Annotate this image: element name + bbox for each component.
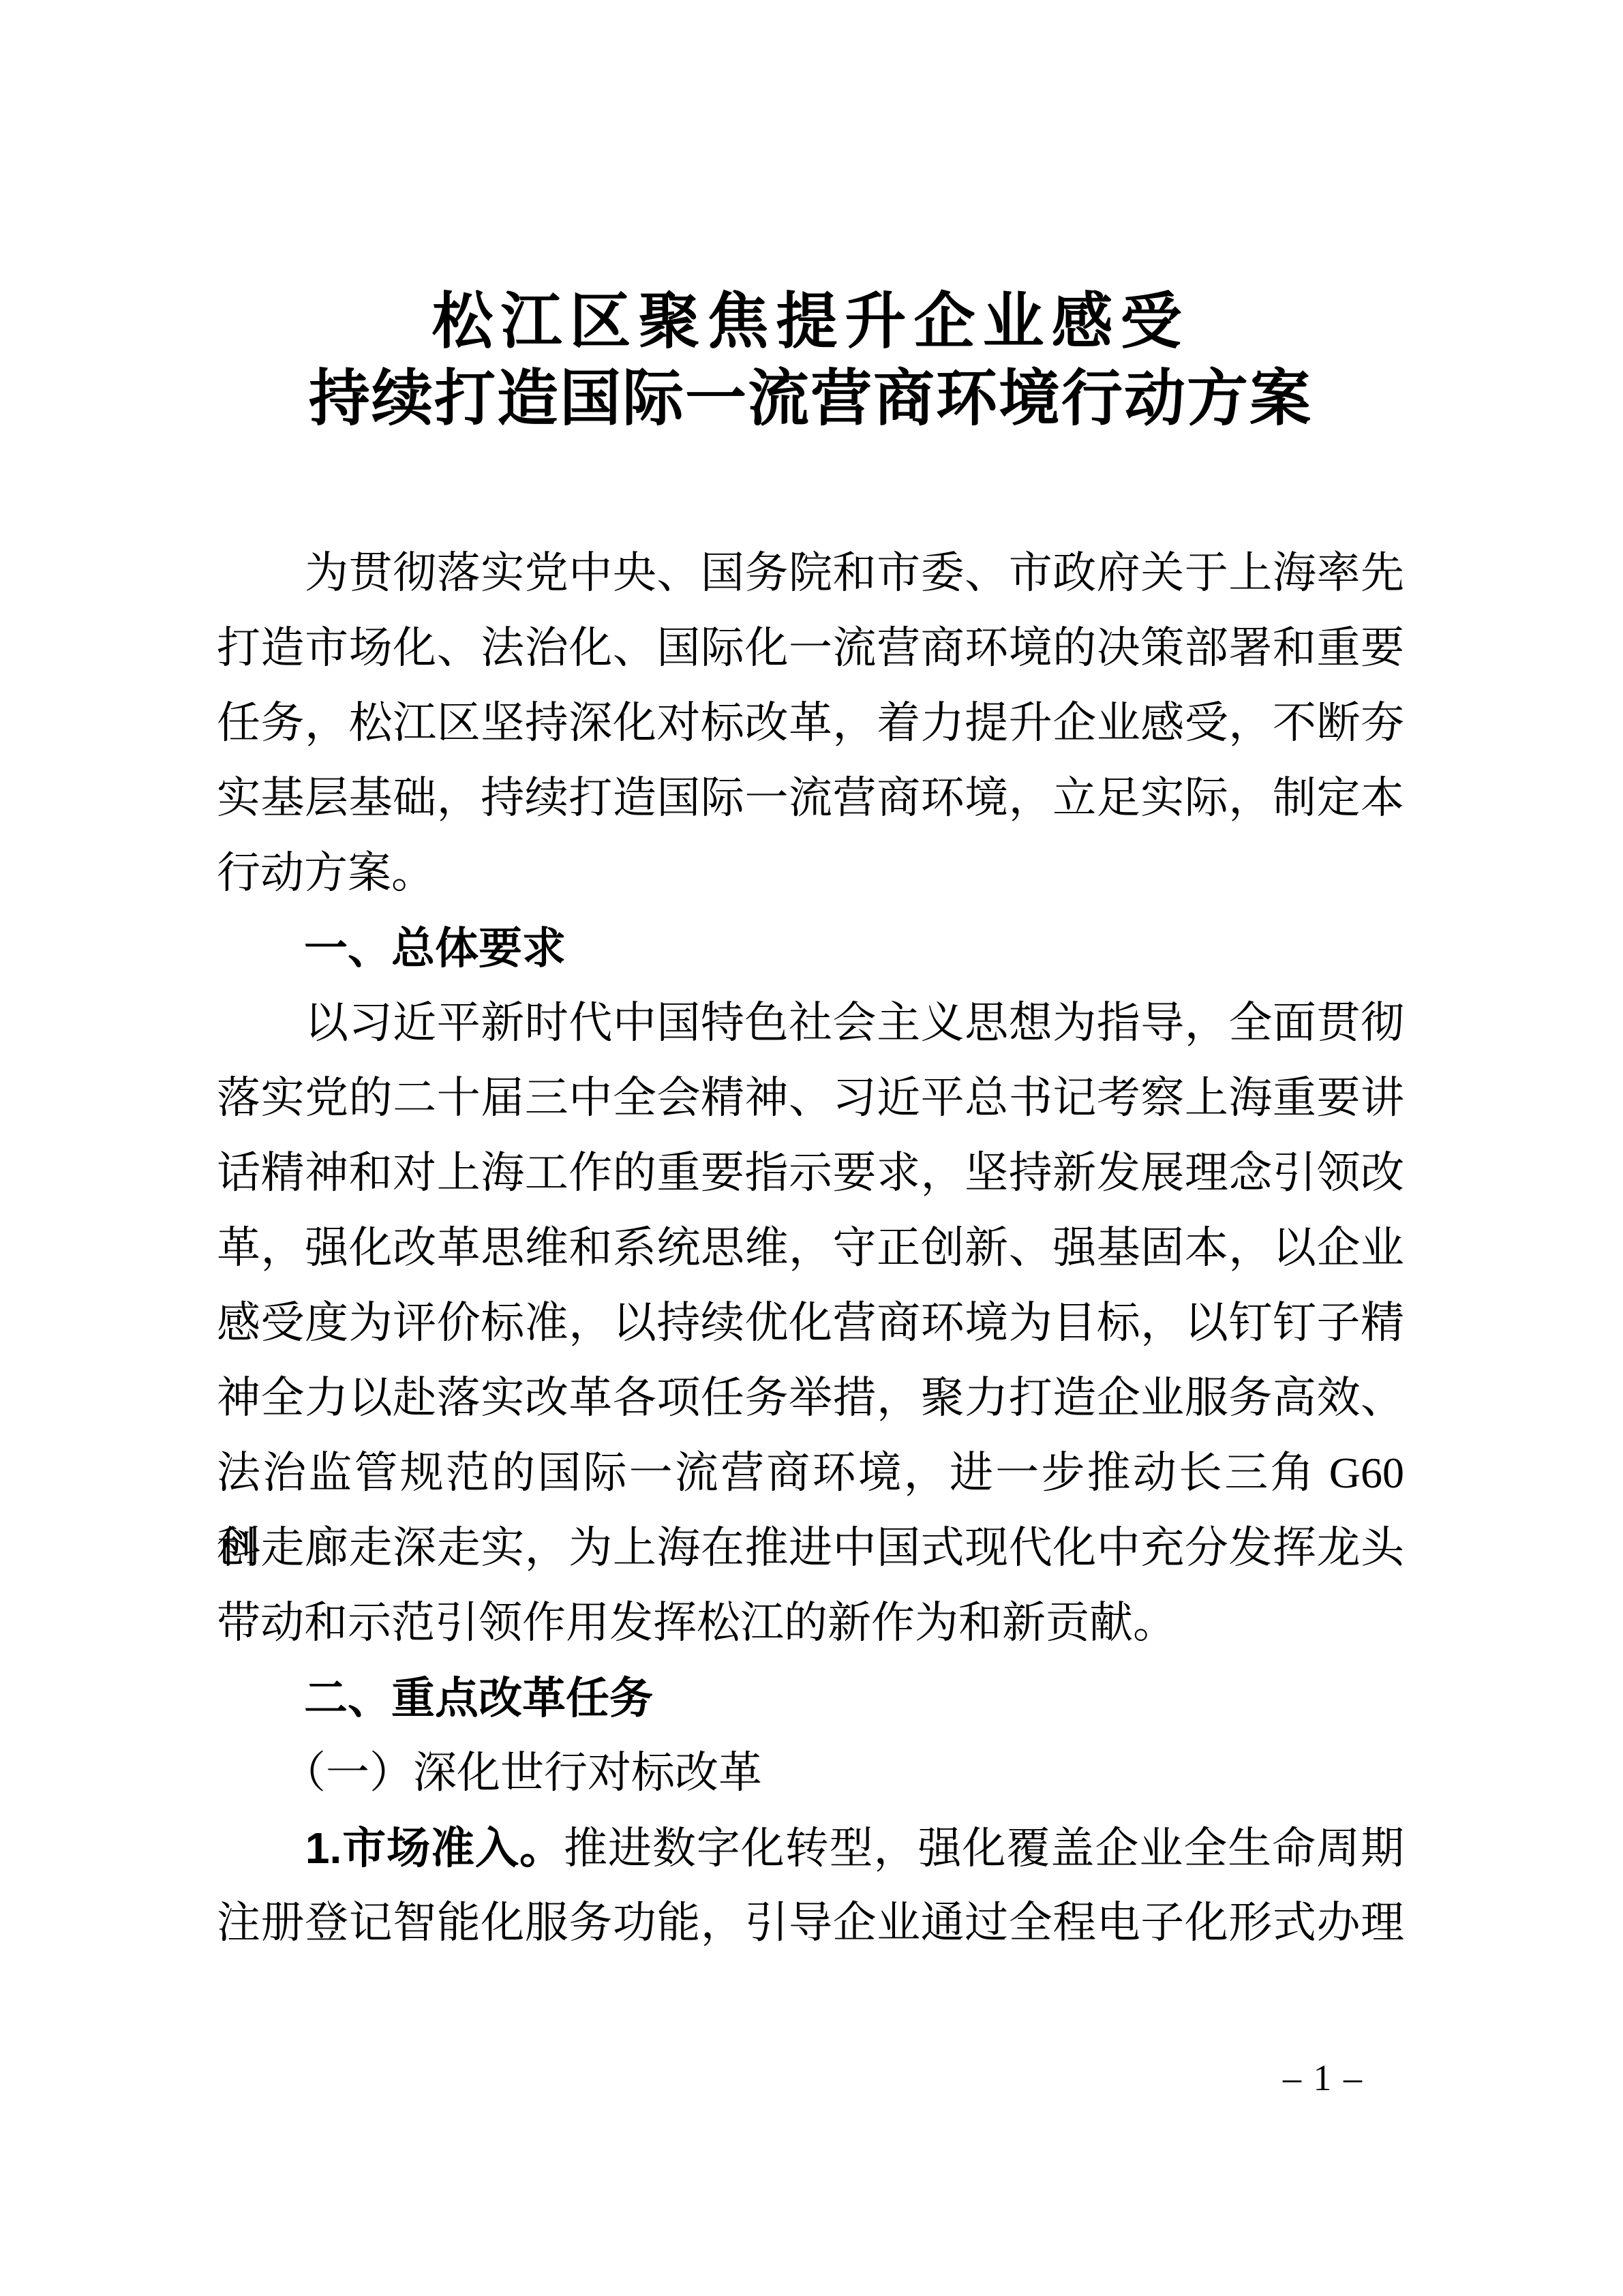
text-block-body: 为贯彻落实党中央、国务院和市委、市政府关于上海率先打造市场化、法治化、国际化一流…: [217, 536, 1404, 911]
text-line: 法治监管规范的国际一流营商环境，进一步推动长三角 G60 科: [217, 1436, 1404, 1511]
text-line: （一）深化世行对标改革: [217, 1736, 1404, 1811]
bold-run: 1.市场准入。: [217, 1824, 564, 1873]
document-content: 松江区聚焦提升企业感受 持续打造国际一流营商环境行动方案 为贯彻落实党中央、国务…: [217, 284, 1404, 1961]
text-line: 为贯彻落实党中央、国务院和市委、市政府关于上海率先: [217, 536, 1404, 611]
text-line: 行动方案。: [217, 836, 1404, 911]
text-line: 以习近平新时代中国特色社会主义思想为指导，全面贯彻: [217, 986, 1404, 1061]
text-line: 二、重点改革任务: [217, 1661, 1404, 1736]
text-line: 带动和示范引领作用发挥松江的新作为和新贡献。: [217, 1586, 1404, 1661]
text-line: 一、总体要求: [217, 911, 1404, 986]
text-block-body: 以习近平新时代中国特色社会主义思想为指导，全面贯彻落实党的二十届三中全会精神、习…: [217, 986, 1404, 1661]
document-title-line2: 持续打造国际一流营商环境行动方案: [217, 361, 1404, 438]
text-line: 1.市场准入。推进数字化转型，强化覆盖企业全生命周期: [217, 1811, 1404, 1886]
text-block-body: 1.市场准入。推进数字化转型，强化覆盖企业全生命周期注册登记智能化服务功能，引导…: [217, 1811, 1404, 1961]
text-line: 话精神和对上海工作的重要指示要求，坚持新发展理念引领改: [217, 1136, 1404, 1211]
text-line: 创走廊走深走实，为上海在推进中国式现代化中充分发挥龙头: [217, 1511, 1404, 1586]
document-body: 为贯彻落实党中央、国务院和市委、市政府关于上海率先打造市场化、法治化、国际化一流…: [217, 536, 1404, 1961]
text-line: 神全力以赴落实改革各项任务举措，聚力打造企业服务高效、: [217, 1361, 1404, 1436]
text-block-heading1: 一、总体要求: [217, 911, 1404, 986]
text-block-heading1: 二、重点改革任务: [217, 1661, 1404, 1736]
text-block-subheading: （一）深化世行对标改革: [217, 1736, 1404, 1811]
document-page: 松江区聚焦提升企业感受 持续打造国际一流营商环境行动方案 为贯彻落实党中央、国务…: [0, 0, 1623, 2296]
text-line: 注册登记智能化服务功能，引导企业通过全程电子化形式办理: [217, 1886, 1404, 1961]
document-title-line1: 松江区聚焦提升企业感受: [217, 284, 1404, 361]
text-line: 打造市场化、法治化、国际化一流营商环境的决策部署和重要: [217, 611, 1404, 686]
document-title: 松江区聚焦提升企业感受 持续打造国际一流营商环境行动方案: [217, 284, 1404, 438]
text-line: 落实党的二十届三中全会精神、习近平总书记考察上海重要讲: [217, 1061, 1404, 1136]
text-line: 实基层基础，持续打造国际一流营商环境，立足实际，制定本: [217, 761, 1404, 836]
text-line: 感受度为评价标准，以持续优化营商环境为目标，以钉钉子精: [217, 1286, 1404, 1361]
text-line: 革，强化改革思维和系统思维，守正创新、强基固本，以企业: [217, 1211, 1404, 1286]
text-line: 任务，松江区坚持深化对标改革，着力提升企业感受，不断夯: [217, 686, 1404, 761]
page-number: – 1 –: [1283, 2057, 1363, 2098]
